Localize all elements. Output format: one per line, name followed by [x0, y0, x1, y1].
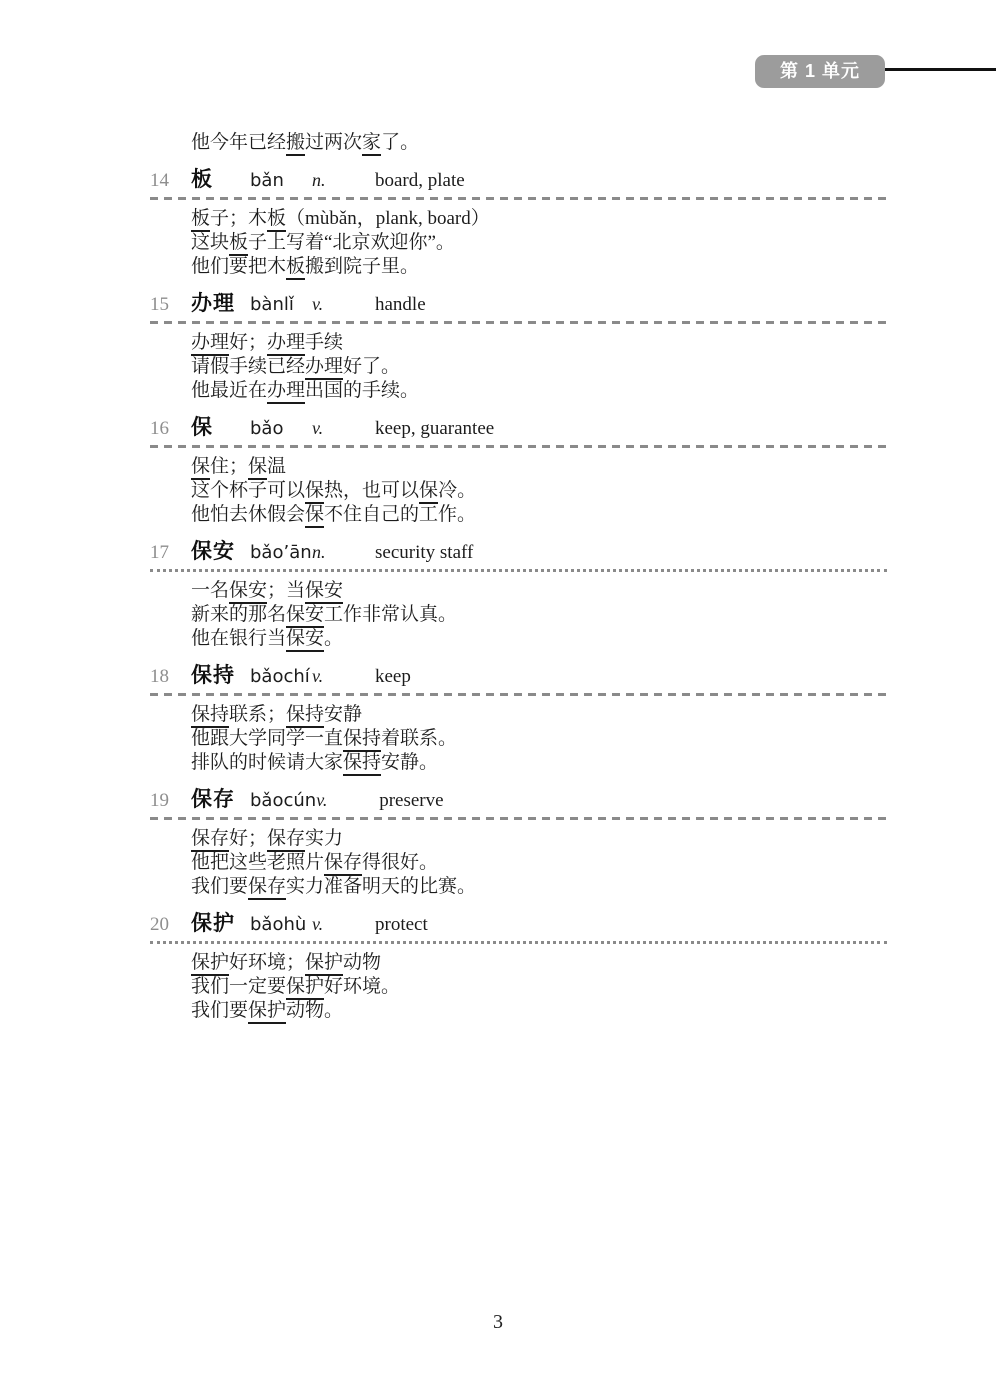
entry-number: 19	[150, 788, 191, 814]
entry-number: 16	[150, 416, 191, 442]
underlined-term: 保存	[324, 852, 362, 876]
underlined-term: 保安	[305, 580, 343, 604]
example-sentence: 他在银行当保安。	[150, 627, 887, 651]
text-segment: 好了。	[343, 356, 400, 377]
entry-number: 18	[150, 664, 191, 690]
underlined-term: 保护	[286, 976, 324, 1000]
example-sentence: 保持联系；保持安静	[150, 703, 887, 727]
text-segment: 实力	[305, 828, 343, 849]
text-segment: 安静。	[381, 752, 438, 773]
text-segment: 温	[267, 456, 286, 477]
entry-number: 15	[150, 292, 191, 318]
underlined-term: 搬	[286, 132, 305, 156]
entry-head: 18保持bǎochív.keep	[150, 663, 887, 690]
text-segment: 这个杯子可以	[191, 480, 305, 501]
underlined-term: 保	[248, 456, 267, 480]
example-sentence: 办理好；办理手续	[150, 331, 887, 355]
entry-part-of-speech: v.	[312, 415, 375, 441]
text-segment: 排队的时候请大家	[191, 752, 343, 773]
entries-container: 14板bǎnn.board, plate板子；木板（mùbǎn，plank, b…	[150, 167, 887, 1023]
entry-pinyin: bǎn	[250, 168, 312, 194]
text-segment: 我们要	[191, 1000, 248, 1021]
underlined-term: 办理	[267, 380, 305, 404]
text-segment: 出国的手续。	[305, 380, 419, 401]
text-segment: 得很好。	[362, 852, 438, 873]
entry-part-of-speech: n.	[312, 167, 375, 193]
entry-number: 14	[150, 168, 191, 194]
header-rule	[872, 68, 996, 71]
example-sentence: 他跟大学同学一直保持着联系。	[150, 727, 887, 751]
text-segment: 热，也可以	[324, 480, 419, 501]
underlined-term: 保安	[286, 628, 324, 652]
underlined-term: 保存	[248, 876, 286, 900]
entry-separator	[150, 445, 887, 448]
text-segment: 他今年已经	[191, 132, 286, 153]
entry-meaning: keep	[375, 664, 411, 690]
example-sentence: 他把这些老照片保存得很好。	[150, 851, 887, 875]
example-sentence: 我们一定要保护好环境。	[150, 975, 887, 999]
text-segment: 好环境；	[229, 952, 305, 973]
underlined-term: 保护	[248, 1000, 286, 1024]
entry-separator	[150, 693, 887, 696]
underlined-term: 板	[229, 232, 248, 256]
text-segment: 他在银行当	[191, 628, 286, 649]
text-segment: （mùbǎn，plank, board）	[286, 208, 490, 229]
example-sentence-continuation: 他今年已经搬过两次家了。	[150, 131, 887, 155]
entry-number: 20	[150, 912, 191, 938]
entry-part-of-speech: v.	[312, 291, 375, 317]
entry-headword: 保	[191, 415, 250, 441]
entry-head: 16保bǎov.keep, guarantee	[150, 415, 887, 442]
entry-meaning: protect	[375, 912, 428, 938]
text-segment: 搬到院子里。	[305, 256, 419, 277]
entry-part-of-speech: n.	[312, 539, 375, 565]
vocab-entry-17: 17保安bǎo’ānn.security staff一名保安；当保安新来的那名保…	[150, 539, 887, 651]
text-segment: 好；	[229, 828, 267, 849]
example-sentence: 板子；木板（mùbǎn，plank, board）	[150, 207, 887, 231]
example-sentence: 新来的那名保安工作非常认真。	[150, 603, 887, 627]
entry-pinyin: bǎo	[250, 416, 312, 442]
entry-pinyin: bǎo’ān	[250, 540, 312, 566]
text-segment: 我们要	[191, 876, 248, 897]
unit-badge: 第 1 单元	[755, 55, 885, 88]
vocab-entry-15: 15办理bànlǐv.handle办理好；办理手续请假手续已经办理好了。他最近在…	[150, 291, 887, 403]
underlined-term: 保	[419, 480, 438, 504]
text-segment: 住；	[210, 456, 248, 477]
underlined-term: 保存	[267, 828, 305, 852]
entry-headword: 保存	[191, 787, 250, 813]
text-segment: 他怕去休假会	[191, 504, 305, 525]
underlined-term: 保护	[191, 952, 229, 976]
example-sentence: 排队的时候请大家保持安静。	[150, 751, 887, 775]
example-sentence: 我们要保存实力准备明天的比赛。	[150, 875, 887, 899]
underlined-term: 保安	[286, 604, 324, 628]
underlined-term: 板	[267, 208, 286, 232]
entry-separator	[150, 941, 887, 944]
text-segment: 了。	[381, 132, 419, 153]
vocab-entry-16: 16保bǎov.keep, guarantee保住；保温这个杯子可以保热，也可以…	[150, 415, 887, 527]
text-segment: 手续	[305, 332, 343, 353]
example-sentence: 这个杯子可以保热，也可以保冷。	[150, 479, 887, 503]
underlined-term: 保	[305, 504, 324, 528]
underlined-term: 保持	[286, 704, 324, 728]
text-segment: 他把这些老照片	[191, 852, 324, 873]
text-segment: 请假手续已经	[191, 356, 305, 377]
vocabulary-list: 他今年已经搬过两次家了。 14板bǎnn.board, plate板子；木板（m…	[150, 131, 887, 1023]
entry-meaning: board, plate	[375, 168, 465, 194]
entry-head: 15办理bànlǐv.handle	[150, 291, 887, 318]
text-segment: 子；木	[210, 208, 267, 229]
entry-meaning: keep, guarantee	[375, 416, 494, 442]
entry-headword: 办理	[191, 291, 250, 317]
example-sentence: 保存好；保存实力	[150, 827, 887, 851]
entry-separator	[150, 197, 887, 200]
entry-head: 19保存bǎocúnv.preserve	[150, 787, 887, 814]
text-segment: 我们一定要	[191, 976, 286, 997]
example-sentence: 请假手续已经办理好了。	[150, 355, 887, 379]
underlined-term: 保	[191, 456, 210, 480]
underlined-term: 保	[305, 480, 324, 504]
text-segment: 他们要把木	[191, 256, 286, 277]
text-segment: 冷。	[438, 480, 476, 501]
vocab-entry-18: 18保持bǎochív.keep保持联系；保持安静他跟大学同学一直保持着联系。排…	[150, 663, 887, 775]
example-sentence: 保住；保温	[150, 455, 887, 479]
textbook-page: 第 1 单元 他今年已经搬过两次家了。 14板bǎnn.board, plate…	[0, 0, 996, 1400]
text-segment: 好环境。	[324, 976, 400, 997]
entry-meaning: security staff	[375, 540, 473, 566]
text-segment: 他跟大学同学一直	[191, 728, 343, 749]
entry-part-of-speech: v.	[316, 787, 379, 813]
entry-meaning: preserve	[379, 788, 443, 814]
text-segment: 动物。	[286, 1000, 343, 1021]
text-segment: 新来的那名	[191, 604, 286, 625]
underlined-term: 板	[286, 256, 305, 280]
text-segment: 着联系。	[381, 728, 457, 749]
vocab-entry-20: 20保护bǎohùv.protect保护好环境；保护动物我们一定要保护好环境。我…	[150, 911, 887, 1023]
example-sentence: 我们要保护动物。	[150, 999, 887, 1023]
text-segment: 过两次	[305, 132, 362, 153]
entry-pinyin: bǎocún	[250, 788, 316, 814]
underlined-term: 保持	[191, 704, 229, 728]
page-number: 3	[0, 1311, 996, 1334]
text-segment: 不住自己的工作。	[324, 504, 476, 525]
example-sentence: 他最近在办理出国的手续。	[150, 379, 887, 403]
text-segment: 安静	[324, 704, 362, 725]
underlined-term: 保持	[343, 752, 381, 776]
text-segment: ；当	[267, 580, 305, 601]
entry-head: 17保安bǎo’ānn.security staff	[150, 539, 887, 566]
vocab-entry-19: 19保存bǎocúnv.preserve保存好；保存实力他把这些老照片保存得很好…	[150, 787, 887, 899]
entry-number: 17	[150, 540, 191, 566]
text-segment: 这块	[191, 232, 229, 253]
entry-part-of-speech: v.	[312, 663, 375, 689]
text-segment: 动物	[343, 952, 381, 973]
text-segment: 他最近在	[191, 380, 267, 401]
text-segment: 联系；	[229, 704, 286, 725]
text-segment: 好；	[229, 332, 267, 353]
entry-headword: 保护	[191, 911, 250, 937]
entry-meaning: handle	[375, 292, 426, 318]
example-sentence: 一名保安；当保安	[150, 579, 887, 603]
text-segment: 子上写着“北京欢迎你”。	[248, 232, 455, 253]
underlined-term: 家	[362, 132, 381, 156]
underlined-term: 保持	[343, 728, 381, 752]
vocab-entry-14: 14板bǎnn.board, plate板子；木板（mùbǎn，plank, b…	[150, 167, 887, 279]
entry-pinyin: bǎochí	[250, 664, 312, 690]
example-sentence: 他怕去休假会保不住自己的工作。	[150, 503, 887, 527]
entry-part-of-speech: v.	[312, 911, 375, 937]
underlined-term: 保存	[191, 828, 229, 852]
example-sentence: 他们要把木板搬到院子里。	[150, 255, 887, 279]
entry-separator	[150, 817, 887, 820]
example-sentence: 这块板子上写着“北京欢迎你”。	[150, 231, 887, 255]
underlined-term: 板	[191, 208, 210, 232]
entry-headword: 保安	[191, 539, 250, 565]
text-segment: 工作非常认真。	[324, 604, 457, 625]
underlined-term: 办理	[267, 332, 305, 356]
example-sentence: 保护好环境；保护动物	[150, 951, 887, 975]
text-segment: 。	[324, 628, 343, 649]
entry-headword: 板	[191, 167, 250, 193]
entry-head: 14板bǎnn.board, plate	[150, 167, 887, 194]
entry-head: 20保护bǎohùv.protect	[150, 911, 887, 938]
entry-separator	[150, 569, 887, 572]
entry-separator	[150, 321, 887, 324]
underlined-term: 保安	[229, 580, 267, 604]
entry-pinyin: bànlǐ	[250, 292, 312, 318]
text-segment: 一名	[191, 580, 229, 601]
entry-pinyin: bǎohù	[250, 912, 312, 938]
underlined-term: 保护	[305, 952, 343, 976]
underlined-term: 办理	[305, 356, 343, 380]
entry-headword: 保持	[191, 663, 250, 689]
text-segment: 实力准备明天的比赛。	[286, 876, 476, 897]
underlined-term: 办理	[191, 332, 229, 356]
